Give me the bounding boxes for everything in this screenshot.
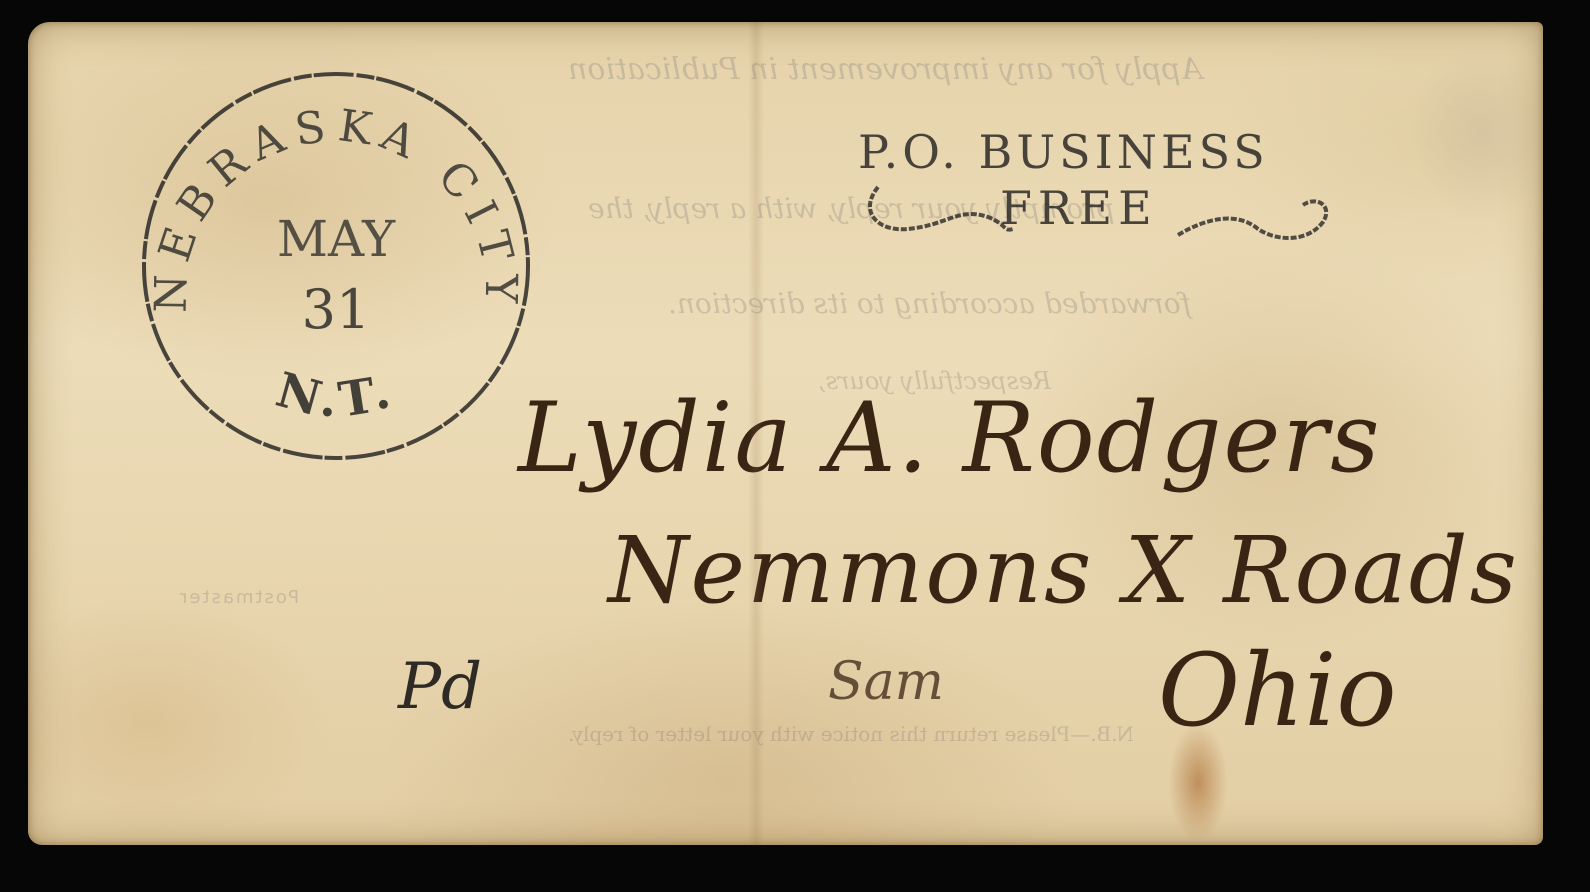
- address-note: Sam: [828, 652, 944, 712]
- handstamp-line-1: P.O. BUSINESS: [858, 125, 1269, 179]
- age-stain: [1408, 42, 1543, 222]
- postmark-ring-icon: NEBRASKA CITY N.T. MAY 31: [136, 66, 536, 466]
- postmark-territory: N.T.: [270, 362, 402, 429]
- scan-background: Apply for any improvement in Publication…: [0, 0, 1590, 892]
- postmark-day: 31: [302, 278, 371, 341]
- bleed-through-line: N.B.—Please return this notice with your…: [568, 722, 1134, 746]
- paid-manuscript-marking: Pd: [398, 650, 482, 724]
- ink-stain: [1168, 722, 1228, 842]
- postmark-month: MAY: [277, 210, 396, 268]
- bleed-through-line: Apply for any improvement in Publication: [568, 52, 1202, 87]
- addressee-locality: Nemmons X Roads: [608, 517, 1519, 624]
- bleed-through-line: forwarded according to its direction.: [668, 287, 1191, 320]
- circular-postmark: NEBRASKA CITY N.T. MAY 31: [136, 66, 536, 466]
- envelope: Apply for any improvement in Publication…: [28, 22, 1543, 845]
- bleed-through-line: Postmaster: [178, 587, 299, 608]
- free-frank-handstamp: P.O. BUSINESS FREE: [838, 117, 1338, 267]
- addressee-name: Lydia A. Rodgers: [518, 382, 1382, 494]
- svg-text:N.T.: N.T.: [270, 362, 402, 429]
- handstamp-line-2: FREE: [1000, 181, 1158, 235]
